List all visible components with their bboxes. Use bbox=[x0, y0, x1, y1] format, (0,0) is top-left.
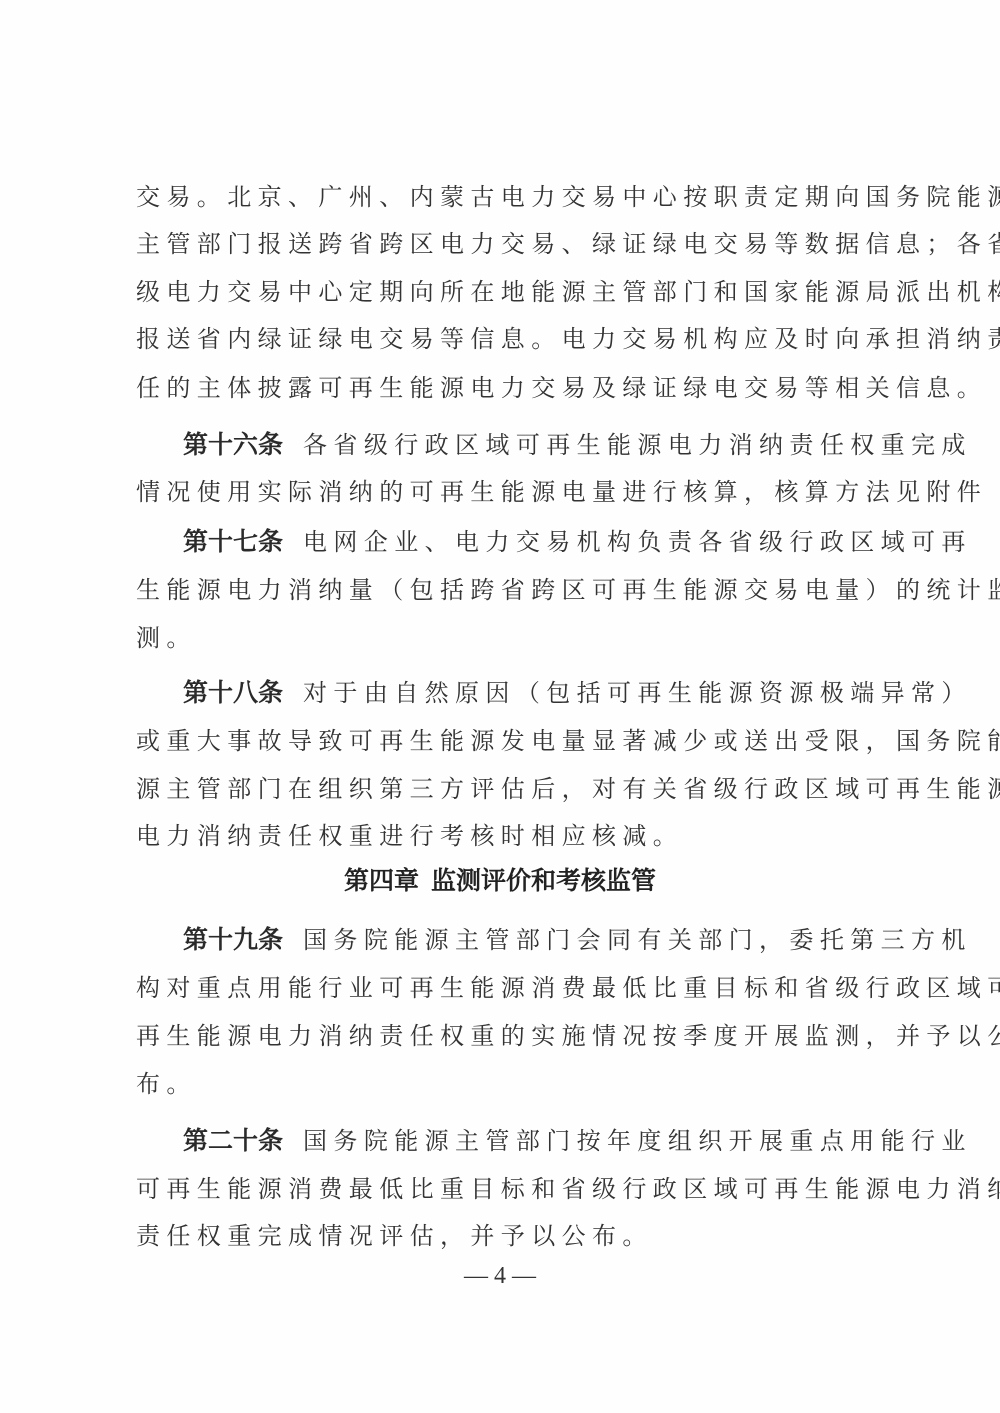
article-label: 第十七条 bbox=[183, 529, 283, 556]
article-text: 电网企业、电力交易机构负责各省级行政区域可再 bbox=[303, 528, 972, 556]
chapter-heading: 第四章监测评价和考核监管 bbox=[0, 863, 1000, 899]
paragraph-line: 或重大事故导致可再生能源发电量显著减少或送出受限，国务院能 bbox=[136, 724, 872, 758]
article-text: 各省级行政区域可再生能源电力消纳责任权重完成 bbox=[303, 431, 972, 459]
paragraph-line: 再生能源电力消纳责任权重的实施情况按季度开展监测，并予以公 bbox=[136, 1019, 872, 1053]
paragraph-line: 情况使用实际消纳的可再生能源电量进行核算，核算方法见附件 2。 bbox=[136, 475, 872, 509]
chapter-title: 监测评价和考核监管 bbox=[431, 866, 656, 895]
article-16-first-line: 第十六条各省级行政区域可再生能源电力消纳责任权重完成 bbox=[183, 428, 873, 462]
article-18-first-line: 第十八条对于由自然原因（包括可再生能源资源极端异常） bbox=[183, 676, 873, 710]
article-label: 第十九条 bbox=[183, 927, 283, 954]
paragraph-line: 测。 bbox=[136, 621, 872, 655]
article-text: 国务院能源主管部门按年度组织开展重点用能行业 bbox=[303, 1127, 972, 1155]
paragraph-line: 责任权重完成情况评估，并予以公布。 bbox=[136, 1219, 872, 1253]
paragraph-line: 级电力交易中心定期向所在地能源主管部门和国家能源局派出机构 bbox=[136, 275, 872, 309]
document-page: 交易。北京、广州、内蒙古电力交易中心按职责定期向国务院能源 主管部门报送跨省跨区… bbox=[0, 0, 1000, 1413]
paragraph-line: 布。 bbox=[136, 1067, 872, 1101]
paragraph-line: 生能源电力消纳量（包括跨省跨区可再生能源交易电量）的统计监 bbox=[136, 573, 872, 607]
paragraph-line: 主管部门报送跨省跨区电力交易、绿证绿电交易等数据信息；各省 bbox=[136, 227, 872, 261]
paragraph-line: 任的主体披露可再生能源电力交易及绿证绿电交易等相关信息。 bbox=[136, 371, 872, 405]
article-20-first-line: 第二十条国务院能源主管部门按年度组织开展重点用能行业 bbox=[183, 1124, 873, 1158]
page-number: — 4 — bbox=[0, 1261, 1000, 1291]
article-text: 对于由自然原因（包括可再生能源资源极端异常） bbox=[303, 679, 972, 707]
article-label: 第十八条 bbox=[183, 680, 283, 707]
article-19-first-line: 第十九条国务院能源主管部门会同有关部门，委托第三方机 bbox=[183, 923, 873, 957]
article-label: 第二十条 bbox=[183, 1128, 283, 1155]
paragraph-line: 可再生能源消费最低比重目标和省级行政区域可再生能源电力消纳 bbox=[136, 1172, 872, 1206]
paragraph-line: 交易。北京、广州、内蒙古电力交易中心按职责定期向国务院能源 bbox=[136, 180, 872, 214]
chapter-number: 第四章 bbox=[344, 866, 419, 895]
paragraph-line: 源主管部门在组织第三方评估后，对有关省级行政区域可再生能源 bbox=[136, 772, 872, 806]
article-label: 第十六条 bbox=[183, 432, 283, 459]
paragraph-line: 报送省内绿证绿电交易等信息。电力交易机构应及时向承担消纳责 bbox=[136, 322, 872, 356]
article-17-first-line: 第十七条电网企业、电力交易机构负责各省级行政区域可再 bbox=[183, 525, 873, 559]
paragraph-line: 电力消纳责任权重进行考核时相应核减。 bbox=[136, 819, 872, 853]
paragraph-line: 构对重点用能行业可再生能源消费最低比重目标和省级行政区域可 bbox=[136, 971, 872, 1005]
article-text: 国务院能源主管部门会同有关部门，委托第三方机 bbox=[303, 926, 972, 954]
